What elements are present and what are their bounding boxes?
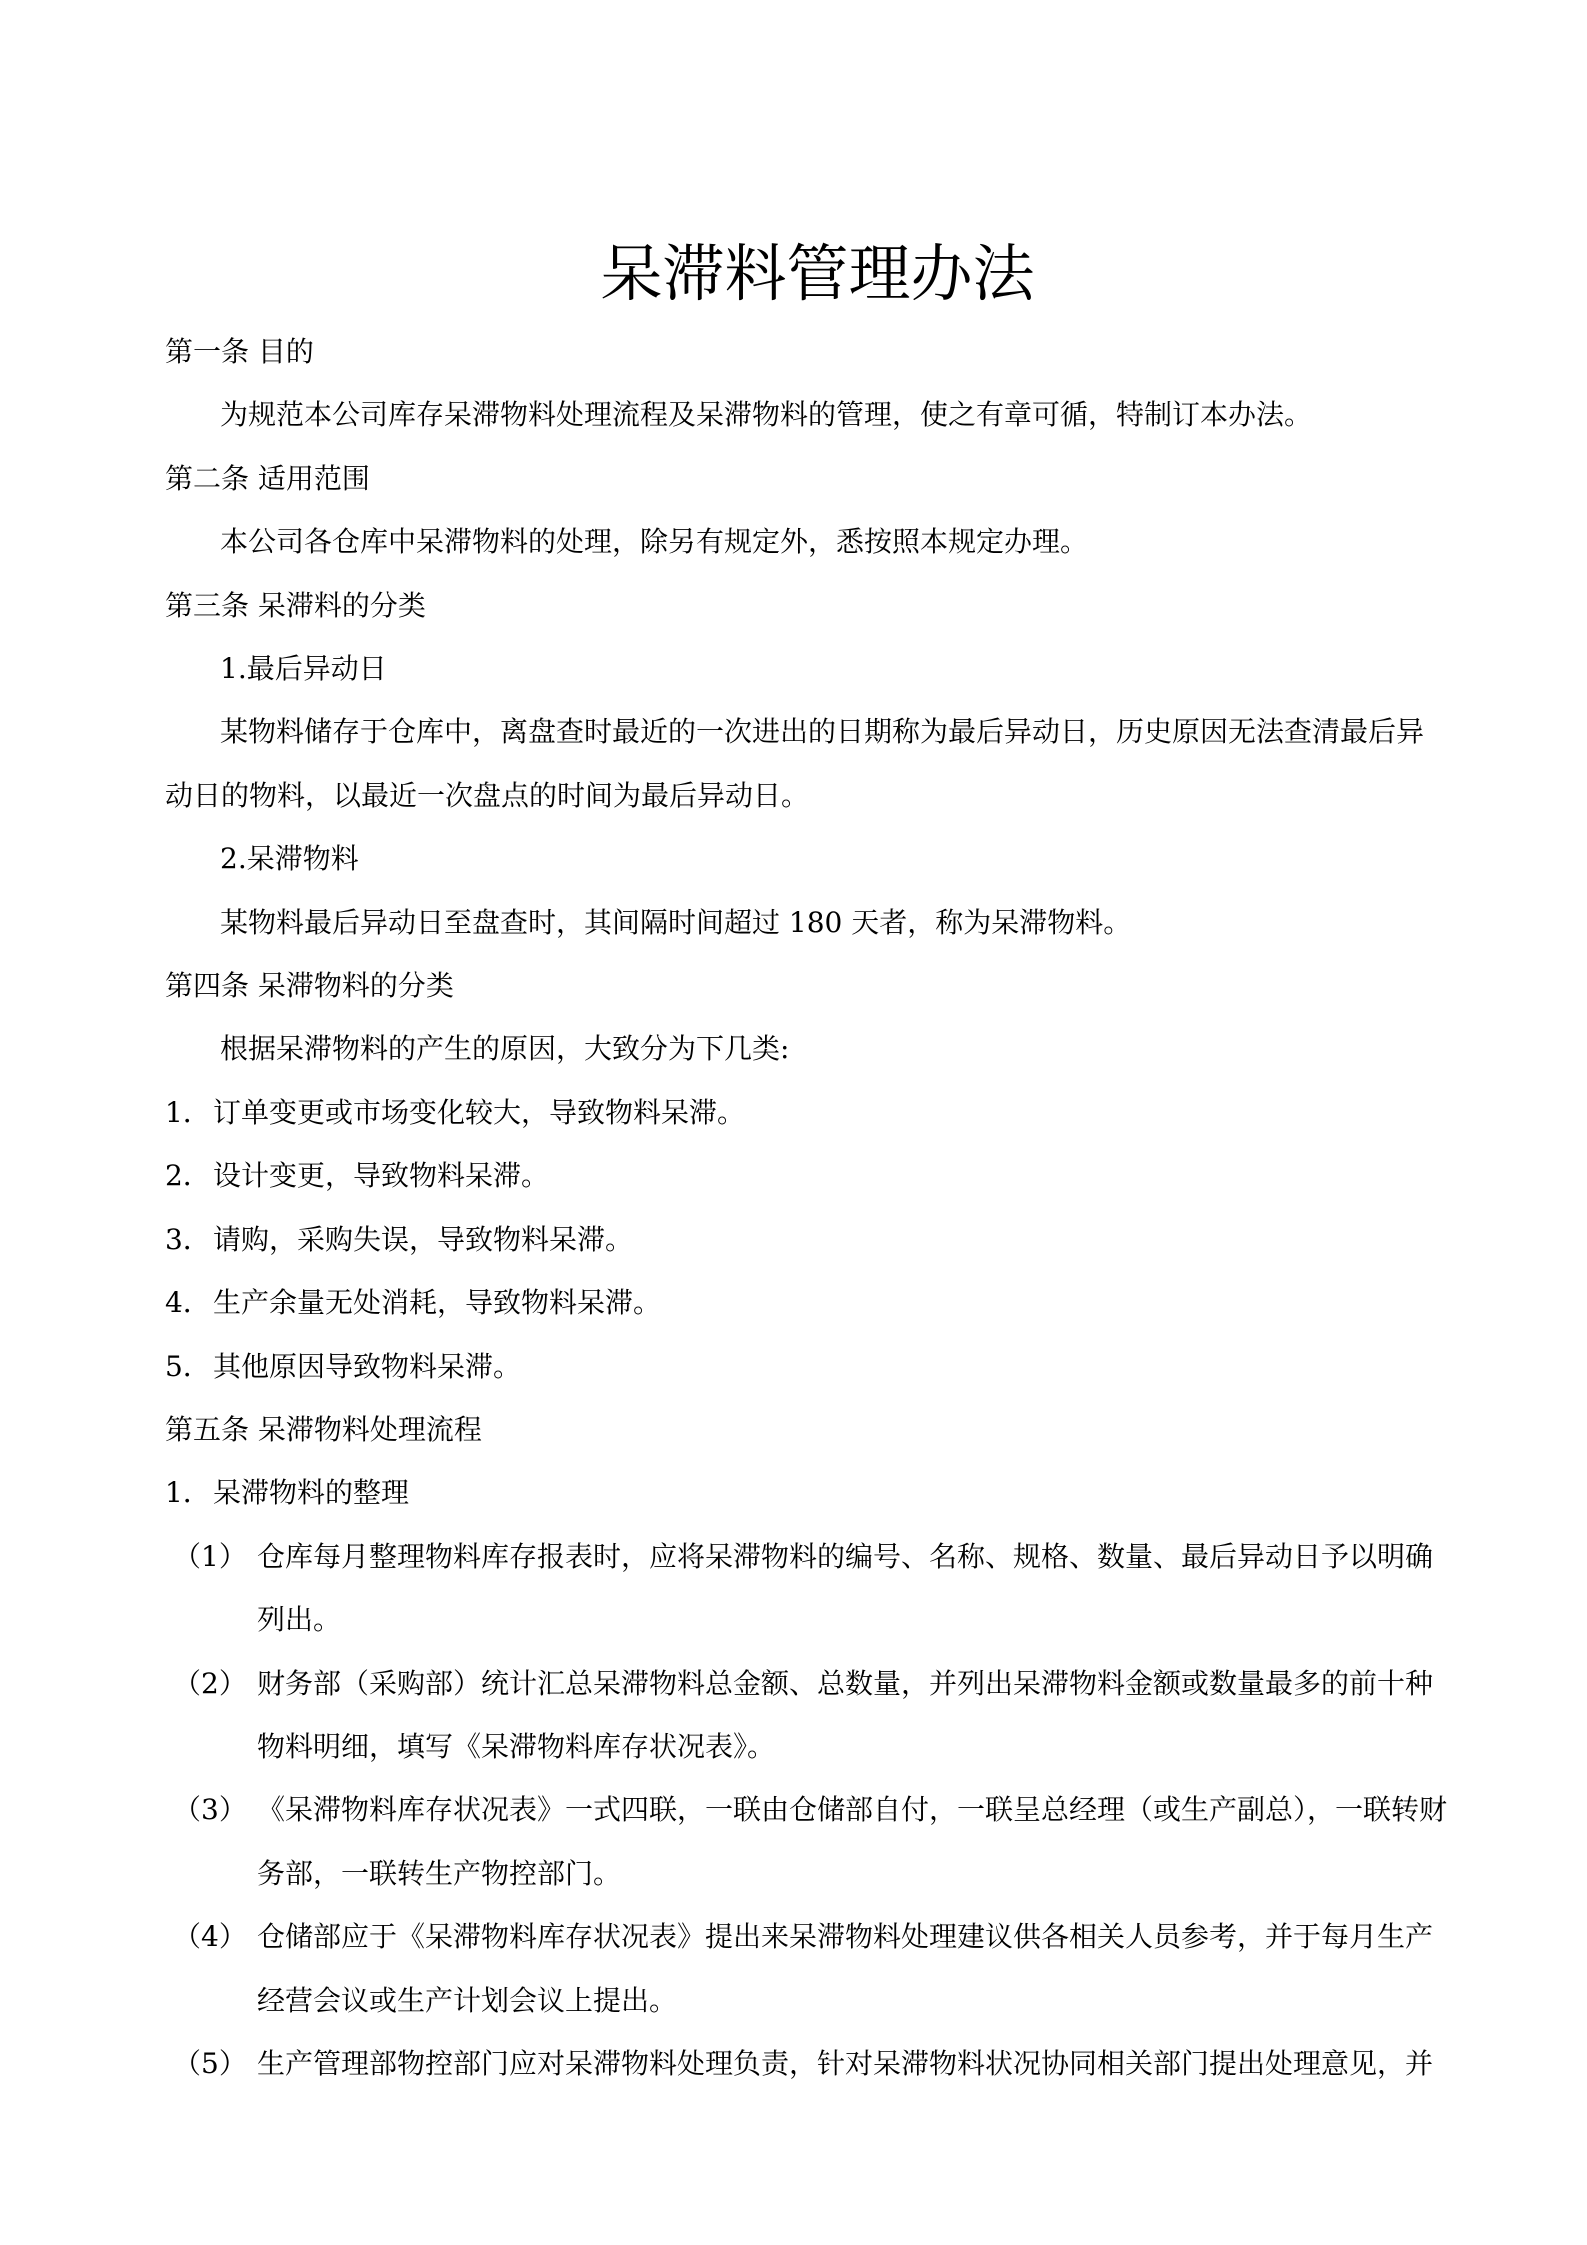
- item-label: （3）: [165, 1778, 257, 1841]
- text-line: 务部，一联转生产物控部门。: [165, 1842, 1470, 1905]
- item-line: 2．设计变更，导致物料呆滞。: [165, 1144, 1470, 1207]
- item-label: 3．: [165, 1208, 213, 1271]
- item-label: 2．: [165, 1144, 213, 1207]
- doc-heading: 第四条 呆滞物料的分类: [165, 954, 1470, 1017]
- doc-heading: 第五条 呆滞物料处理流程: [165, 1398, 1470, 1461]
- item-line: 5．其他原因导致物料呆滞。: [165, 1335, 1470, 1398]
- item-label: （4）: [165, 1905, 257, 1968]
- text-line: 根据呆滞物料的产生的原因，大致分为下几类:: [165, 1017, 1470, 1080]
- text-line: 为规范本公司库存呆滞物料处理流程及呆滞物料的管理，使之有章可循，特制订本办法。: [165, 383, 1470, 446]
- doc-heading: 第三条 呆滞料的分类: [165, 574, 1470, 637]
- doc-numbered-item: 5．其他原因导致物料呆滞。: [165, 1335, 1470, 1398]
- item-line: （1）仓库每月整理物料库存报表时，应将呆滞物料的编号、名称、规格、数量、最后异动…: [165, 1525, 1470, 1588]
- doc-paren-item: （3）《呆滞物料库存状况表》一式四联，一联由仓储部自付，一联呈总经理（或生产副总…: [165, 1778, 1470, 1905]
- document-blocks: 第一条 目的为规范本公司库存呆滞物料处理流程及呆滞物料的管理，使之有章可循，特制…: [165, 320, 1470, 2095]
- doc-numbered-item: 2．设计变更，导致物料呆滞。: [165, 1144, 1470, 1207]
- item-text: 订单变更或市场变化较大，导致物料呆滞。: [213, 1081, 745, 1144]
- item-text: 仓库每月整理物料库存报表时，应将呆滞物料的编号、名称、规格、数量、最后异动日予以…: [257, 1525, 1433, 1588]
- item-text: 其他原因导致物料呆滞。: [213, 1335, 521, 1398]
- heading-text: 第一条 目的: [165, 320, 1470, 383]
- item-text: 《呆滞物料库存状况表》一式四联，一联由仓储部自付，一联呈总经理（或生产副总），一…: [257, 1778, 1447, 1841]
- doc-paren-item: （2）财务部（采购部）统计汇总呆滞物料总金额、总数量，并列出呆滞物料金额或数量最…: [165, 1652, 1470, 1779]
- item-text: 设计变更，导致物料呆滞。: [213, 1144, 549, 1207]
- heading-text: 第五条 呆滞物料处理流程: [165, 1398, 1470, 1461]
- item-line: 3．请购，采购失误，导致物料呆滞。: [165, 1208, 1470, 1271]
- item-label: （2）: [165, 1652, 257, 1715]
- item-line: （2）财务部（采购部）统计汇总呆滞物料总金额、总数量，并列出呆滞物料金额或数量最…: [165, 1652, 1470, 1715]
- doc-paren-item: （4）仓储部应于《呆滞物料库存状况表》提出来呆滞物料处理建议供各相关人员参考，并…: [165, 1905, 1470, 2032]
- doc-paragraph: 为规范本公司库存呆滞物料处理流程及呆滞物料的管理，使之有章可循，特制订本办法。: [165, 383, 1470, 446]
- doc-numbered-item: 4．生产余量无处消耗，导致物料呆滞。: [165, 1271, 1470, 1334]
- heading-text: 第二条 适用范围: [165, 447, 1470, 510]
- doc-paragraph: 某物料最后异动日至盘查时，其间隔时间超过 180 天者，称为呆滞物料。: [165, 891, 1470, 954]
- doc-heading: 第一条 目的: [165, 320, 1470, 383]
- item-text: 仓储部应于《呆滞物料库存状况表》提出来呆滞物料处理建议供各相关人员参考，并于每月…: [257, 1905, 1433, 1968]
- item-line: 4．生产余量无处消耗，导致物料呆滞。: [165, 1271, 1470, 1334]
- doc-numbered-item: 3．请购，采购失误，导致物料呆滞。: [165, 1208, 1470, 1271]
- doc-paragraph: 根据呆滞物料的产生的原因，大致分为下几类:: [165, 1017, 1470, 1080]
- item-label: 1．: [165, 1081, 213, 1144]
- item-line: （5）生产管理部物控部门应对呆滞物料处理负责，针对呆滞物料状况协同相关部门提出处…: [165, 2032, 1470, 2095]
- text-line: 经营会议或生产计划会议上提出。: [165, 1969, 1470, 2032]
- item-line: 1．订单变更或市场变化较大，导致物料呆滞。: [165, 1081, 1470, 1144]
- text-line: 1.最后异动日: [165, 637, 1470, 700]
- text-line: 某物料最后异动日至盘查时，其间隔时间超过 180 天者，称为呆滞物料。: [165, 891, 1470, 954]
- heading-text: 第四条 呆滞物料的分类: [165, 954, 1470, 1017]
- heading-text: 第三条 呆滞料的分类: [165, 574, 1470, 637]
- text-line: 动日的物料，以最近一次盘点的时间为最后异动日。: [165, 764, 1470, 827]
- item-text: 呆滞物料的整理: [213, 1461, 409, 1524]
- text-line: 物料明细，填写《呆滞物料库存状况表》。: [165, 1715, 1470, 1778]
- doc-paragraph: 某物料储存于仓库中，离盘查时最近的一次进出的日期称为最后异动日，历史原因无法查清…: [165, 700, 1470, 827]
- text-line: 列出。: [165, 1588, 1470, 1651]
- doc-paragraph: 本公司各仓库中呆滞物料的处理，除另有规定外，悉按照本规定办理。: [165, 510, 1470, 573]
- item-label: 4．: [165, 1271, 213, 1334]
- doc-paren-item: （1）仓库每月整理物料库存报表时，应将呆滞物料的编号、名称、规格、数量、最后异动…: [165, 1525, 1470, 1652]
- text-line: 2.呆滞物料: [165, 827, 1470, 890]
- item-label: 5．: [165, 1335, 213, 1398]
- item-text: 生产管理部物控部门应对呆滞物料处理负责，针对呆滞物料状况协同相关部门提出处理意见…: [257, 2032, 1433, 2095]
- doc-numbered-item: 1．订单变更或市场变化较大，导致物料呆滞。: [165, 1081, 1470, 1144]
- doc-paragraph: 2.呆滞物料: [165, 827, 1470, 890]
- text-line: 某物料储存于仓库中，离盘查时最近的一次进出的日期称为最后异动日，历史原因无法查清…: [165, 700, 1470, 763]
- item-label: 1．: [165, 1461, 213, 1524]
- item-label: （5）: [165, 2032, 257, 2095]
- document-body: 呆滞料管理办法 第一条 目的为规范本公司库存呆滞物料处理流程及呆滞物料的管理，使…: [165, 0, 1470, 2095]
- item-text: 请购，采购失误，导致物料呆滞。: [213, 1208, 633, 1271]
- item-line: （4）仓储部应于《呆滞物料库存状况表》提出来呆滞物料处理建议供各相关人员参考，并…: [165, 1905, 1470, 1968]
- doc-heading: 第二条 适用范围: [165, 447, 1470, 510]
- doc-numbered-item: 1．呆滞物料的整理: [165, 1461, 1470, 1524]
- item-line: （3）《呆滞物料库存状况表》一式四联，一联由仓储部自付，一联呈总经理（或生产副总…: [165, 1778, 1470, 1841]
- item-line: 1．呆滞物料的整理: [165, 1461, 1470, 1524]
- document-page: 呆滞料管理办法 第一条 目的为规范本公司库存呆滞物料处理流程及呆滞物料的管理，使…: [0, 0, 1587, 2245]
- item-label: （1）: [165, 1525, 257, 1588]
- doc-paragraph: 1.最后异动日: [165, 637, 1470, 700]
- text-line: 本公司各仓库中呆滞物料的处理，除另有规定外，悉按照本规定办理。: [165, 510, 1470, 573]
- item-text: 财务部（采购部）统计汇总呆滞物料总金额、总数量，并列出呆滞物料金额或数量最多的前…: [257, 1652, 1433, 1715]
- document-title: 呆滞料管理办法: [165, 227, 1470, 320]
- item-text: 生产余量无处消耗，导致物料呆滞。: [213, 1271, 661, 1334]
- doc-paren-item: （5）生产管理部物控部门应对呆滞物料处理负责，针对呆滞物料状况协同相关部门提出处…: [165, 2032, 1470, 2095]
